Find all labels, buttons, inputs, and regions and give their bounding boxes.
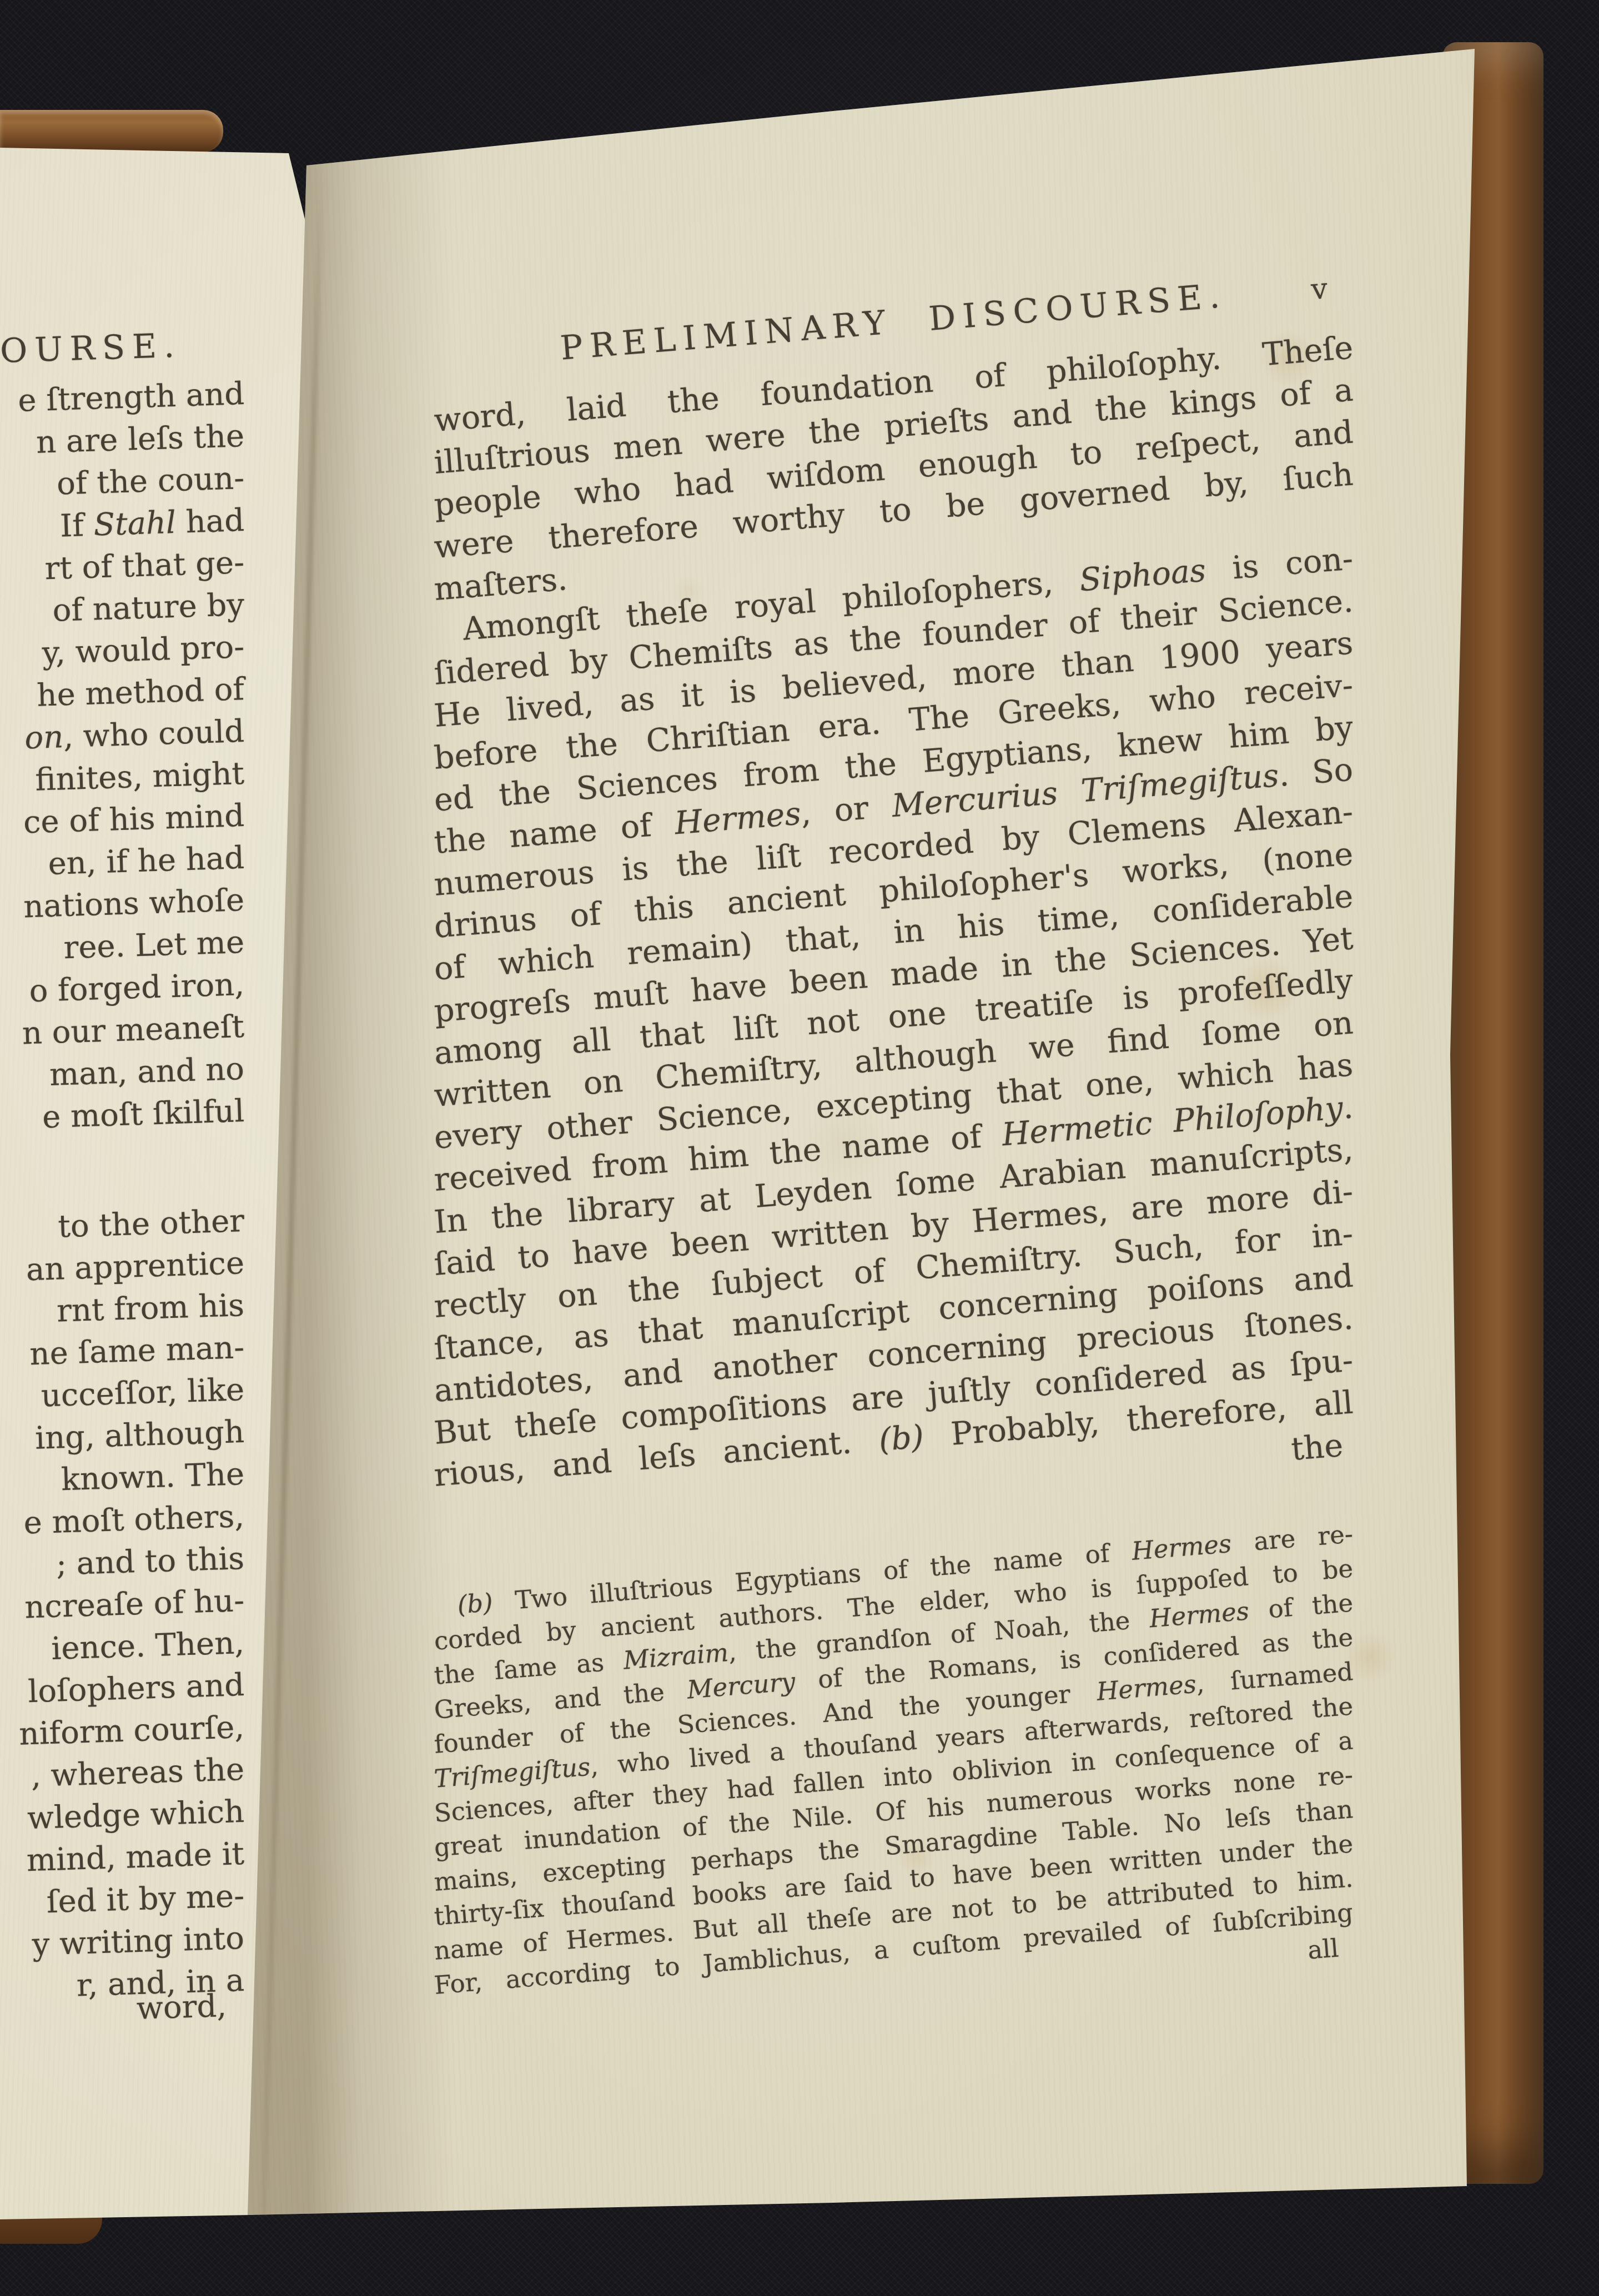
text-line: man, and no xyxy=(0,1048,245,1098)
text-line: If Stahl had xyxy=(0,500,245,550)
text-line: ing, although xyxy=(0,1411,245,1461)
text-line: to the other xyxy=(0,1200,245,1250)
text-line: ree. Let me xyxy=(0,922,245,971)
text-line: ucceſſor, like xyxy=(0,1369,245,1419)
text-line: an apprentice xyxy=(0,1242,245,1292)
right-page-text: PRELIMINARY DISCOURSE. v word, laid the … xyxy=(434,338,1356,2037)
text-line: ſed it by me- xyxy=(0,1875,245,1925)
text-line: e moſt ſkilful xyxy=(0,1090,245,1140)
text-line: n our meaneſt xyxy=(0,1006,245,1056)
text-line: en, if he had xyxy=(0,837,245,887)
text-line: wledge which xyxy=(0,1791,245,1841)
text-line: e moſt others, xyxy=(0,1496,245,1545)
text-line: ncreaſe of hu- xyxy=(0,1580,245,1630)
text-line: of the coun- xyxy=(0,457,245,507)
book-spine-edge-top xyxy=(0,110,223,152)
text-line: known. The xyxy=(0,1453,245,1503)
text-line: loſophers and xyxy=(0,1664,245,1714)
left-running-header-fragment: OURSE. xyxy=(0,325,154,372)
paragraph-2: Amongſt theſe royal philoſophers, Siphoa… xyxy=(434,611,1356,1497)
text-line: ience. Then, xyxy=(0,1622,245,1672)
left-paragraph-fragment-1: e ſtrength andn are leſs theof the coun-… xyxy=(0,373,244,1132)
text-line: y, would pro- xyxy=(0,626,245,676)
text-line: y writing into xyxy=(0,1917,245,1967)
text-line: , whereas the xyxy=(0,1749,245,1799)
text-line: ; and to this xyxy=(0,1538,245,1588)
text-line: ce of his mind xyxy=(0,795,245,845)
text-line: n are leſs the xyxy=(0,415,245,465)
text-line: e ſtrength and xyxy=(0,373,245,423)
text-line: nations whoſe xyxy=(0,879,245,929)
left-page-last-word: word, xyxy=(0,1985,227,2035)
text-line: of nature by xyxy=(0,584,245,634)
text-line: mind, made it xyxy=(0,1833,245,1883)
text-line: o forged iron, xyxy=(0,964,245,1014)
text-line: niform courſe, xyxy=(0,1706,245,1756)
text-line: he method of xyxy=(0,668,245,718)
book-scan: OURSE. e ſtrength andn are leſs theof th… xyxy=(0,0,1599,2296)
left-paragraph-fragment-2: to the otheran apprenticernt from hisne … xyxy=(0,1200,244,2002)
text-line: finites, might xyxy=(0,753,245,803)
text-line: rnt from his xyxy=(0,1285,245,1335)
text-line: rt of that ge- xyxy=(0,542,245,592)
page-number: v xyxy=(1310,268,1329,311)
text-line: on, who could xyxy=(0,711,245,761)
text-line: ne ſame man- xyxy=(0,1327,245,1377)
